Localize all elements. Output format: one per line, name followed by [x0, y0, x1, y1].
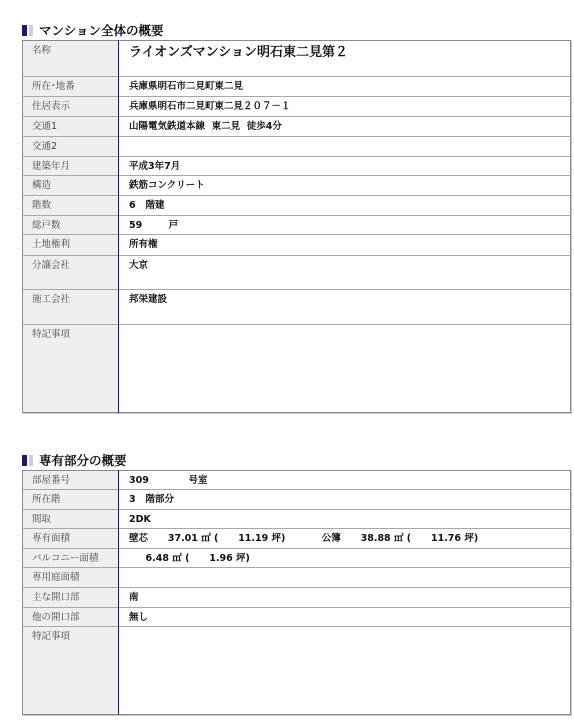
row-label: 特記事項 [23, 627, 119, 715]
row-value: 平成3年7月 [119, 157, 571, 176]
table-row: 所在･地番兵庫県明石市二見町東二見 [23, 77, 571, 97]
row-value: 邦栄建設 [119, 290, 571, 325]
table-row: 住居表示兵庫県明石市二見町東二見２０７－１ [23, 97, 571, 117]
row-value [119, 627, 571, 715]
row-label: 部屋番号 [23, 471, 119, 490]
row-label: 他の開口部 [23, 608, 119, 627]
row-label: 名称 [23, 41, 119, 77]
table-row: 土地権利所有権 [23, 235, 571, 256]
row-label: 分譲会社 [23, 256, 119, 290]
row-label: 建築年月 [23, 157, 119, 176]
table-row: 専用庭面積 [23, 568, 571, 588]
table-row: 建築年月平成3年7月 [23, 157, 571, 176]
row-label: 専用庭面積 [23, 568, 119, 588]
row-label: 特記事項 [23, 325, 119, 413]
table-row: 総戸数59 戸 [23, 216, 571, 235]
unit-overview-table: 部屋番号309 号室所在階3 階部分間取2DK専有面積壁芯 37.01 ㎡ ( … [22, 470, 571, 715]
row-value: 3 階部分 [119, 490, 571, 510]
table-row: 特記事項 [23, 627, 571, 715]
row-value [119, 325, 571, 413]
building-overview-title: マンション全体の概要 [39, 21, 163, 39]
table-row: 名称ライオンズマンション明石東二見第２ [23, 41, 571, 77]
row-label: 交通2 [23, 137, 119, 157]
row-value: 兵庫県明石市二見町東二見２０７－１ [119, 97, 571, 117]
table-row: 分譲会社大京 [23, 256, 571, 290]
row-value: 兵庫県明石市二見町東二見 [119, 77, 571, 97]
table-row: 他の開口部無し [23, 608, 571, 627]
table-row: 特記事項 [23, 325, 571, 413]
table-row: 所在階3 階部分 [23, 490, 571, 510]
unit-overview-heading: 専有部分の概要 [22, 452, 127, 468]
row-label: 住居表示 [23, 97, 119, 117]
row-label: 所在･地番 [23, 77, 119, 97]
table-row: 間取2DK [23, 510, 571, 529]
row-value: 2DK [119, 510, 571, 529]
row-label: 交通1 [23, 117, 119, 137]
table-row: 主な開口部南 [23, 588, 571, 608]
row-value: 所有権 [119, 235, 571, 256]
row-value [119, 137, 571, 157]
row-label: バルコニー面積 [23, 549, 119, 568]
row-value: 6.48 ㎡ ( 1.96 坪) [119, 549, 571, 568]
building-overview-heading: マンション全体の概要 [22, 22, 163, 38]
table-row: 施工会社邦栄建設 [23, 290, 571, 325]
row-value [119, 568, 571, 588]
row-value: 59 戸 [119, 216, 571, 235]
table-row: 部屋番号309 号室 [23, 471, 571, 490]
row-label: 主な開口部 [23, 588, 119, 608]
table-row: 構造鉄筋コンクリート [23, 176, 571, 196]
heading-bar-icon [22, 25, 33, 36]
row-label: 施工会社 [23, 290, 119, 325]
row-label: 土地権利 [23, 235, 119, 256]
row-label: 総戸数 [23, 216, 119, 235]
row-value: 壁芯 37.01 ㎡ ( 11.19 坪) 公簿 38.88 ㎡ ( 11.76… [119, 529, 571, 549]
row-value: 309 号室 [119, 471, 571, 490]
row-value: 鉄筋コンクリート [119, 176, 571, 196]
heading-bar-icon [22, 455, 33, 466]
table-row: バルコニー面積 6.48 ㎡ ( 1.96 坪) [23, 549, 571, 568]
table-row: 専有面積壁芯 37.01 ㎡ ( 11.19 坪) 公簿 38.88 ㎡ ( 1… [23, 529, 571, 549]
row-value: 無し [119, 608, 571, 627]
row-label: 所在階 [23, 490, 119, 510]
table-row: 階数6 階建 [23, 196, 571, 216]
row-value: 6 階建 [119, 196, 571, 216]
building-overview-table: 名称ライオンズマンション明石東二見第２所在･地番兵庫県明石市二見町東二見住居表示… [22, 40, 571, 413]
row-label: 間取 [23, 510, 119, 529]
row-label: 階数 [23, 196, 119, 216]
unit-overview-title: 専有部分の概要 [39, 451, 127, 469]
row-value: 南 [119, 588, 571, 608]
row-value: ライオンズマンション明石東二見第２ [119, 41, 571, 77]
row-label: 構造 [23, 176, 119, 196]
row-value: 大京 [119, 256, 571, 290]
table-row: 交通1山陽電気鉄道本線 東二見 徒歩4分 [23, 117, 571, 137]
table-row: 交通2 [23, 137, 571, 157]
row-value: 山陽電気鉄道本線 東二見 徒歩4分 [119, 117, 571, 137]
row-label: 専有面積 [23, 529, 119, 549]
